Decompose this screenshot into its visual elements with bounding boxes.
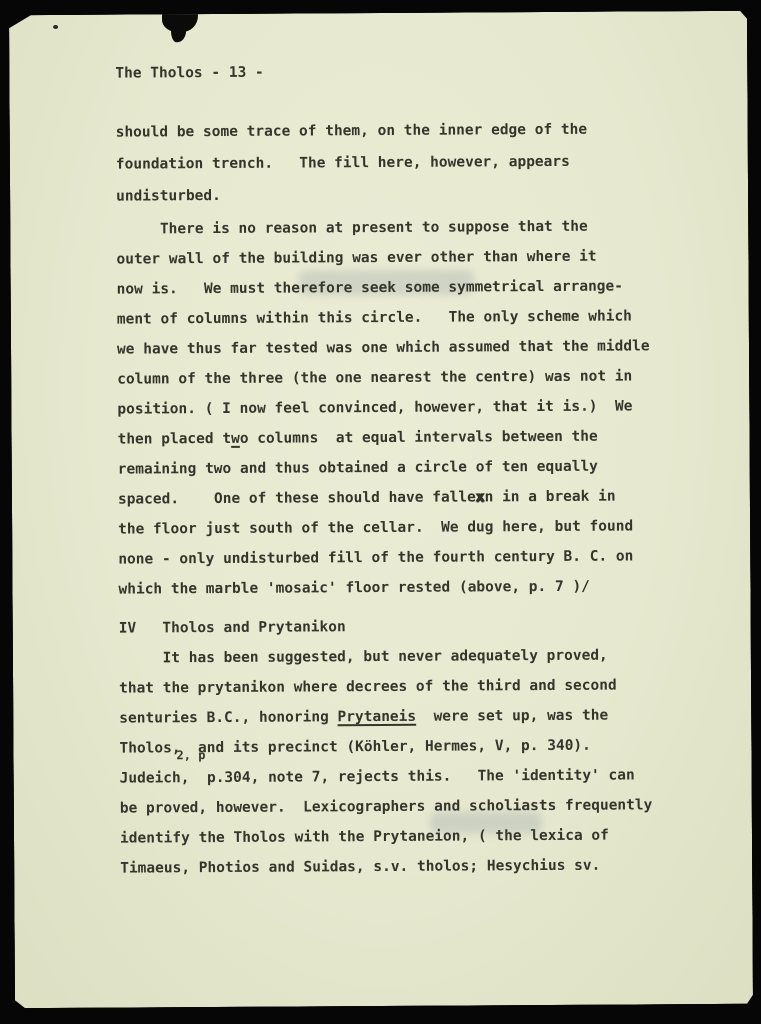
text-line: be proved, however. Lexicographers and s… bbox=[120, 790, 732, 824]
text-segment: were set up, was the bbox=[416, 708, 608, 725]
text-line: Tholos, and its precinct (Köhler, Hermes… bbox=[119, 730, 731, 764]
text-line: position. ( I now feel convinced, howeve… bbox=[117, 391, 729, 425]
text-line: none - only undisturbed fill of the four… bbox=[118, 541, 730, 575]
section-heading: IV Tholos and Prytanikon bbox=[119, 610, 731, 644]
text-line: Timaeus, Photios and Suidas, s.v. tholos… bbox=[120, 850, 732, 884]
text-segment: then placed t bbox=[118, 431, 232, 448]
photo-background: The Tholos - 13 - should be some trace o… bbox=[0, 0, 761, 1024]
typed-content: The Tholos - 13 - should be some trace o… bbox=[9, 11, 753, 1008]
text-segment: Judeich, p.304, note 7, rejects this. Th… bbox=[120, 767, 635, 786]
text-line: ment of columns within this circle. The … bbox=[117, 301, 729, 335]
text-line-fallen-overstrike: spaced. One of these should have fallexn… bbox=[118, 481, 730, 515]
text-line-judeich: 2, pJudeich, p.304, note 7, rejects this… bbox=[120, 760, 732, 794]
text-line: that the prytanikon where decrees of the… bbox=[119, 670, 731, 704]
text-segment: n in a break in bbox=[485, 489, 616, 506]
paragraph-1: should be some trace of them, on the inn… bbox=[116, 113, 729, 213]
text-line: we have thus far tested was one which as… bbox=[117, 331, 729, 365]
text-segment: o columns at equal intervals between the bbox=[240, 429, 598, 447]
text-line: There is no reason at present to suppose… bbox=[116, 211, 728, 245]
text-line: remaining two and thus obtained a circle… bbox=[118, 451, 730, 485]
text-line: undisturbed. bbox=[116, 177, 728, 213]
underlined-letter: w bbox=[231, 431, 240, 447]
overstruck-letter: x bbox=[476, 489, 485, 505]
text-line: It has been suggested, but never adequat… bbox=[119, 640, 731, 674]
text-line: outer wall of the building was ever othe… bbox=[116, 241, 728, 275]
section-heading-text: IV Tholos and Prytanikon bbox=[119, 610, 731, 644]
text-line: now is. We must therefore seek some symm… bbox=[117, 271, 729, 305]
text-line: identify the Tholos with the Prytaneion,… bbox=[120, 820, 732, 854]
typed-superscript-note: 2, p bbox=[176, 749, 205, 761]
text-line: foundation trench. The fill here, howeve… bbox=[116, 145, 728, 181]
text-line: the floor just south of the cellar. We d… bbox=[118, 511, 730, 545]
text-line-two-underlined: then placed two columns at equal interva… bbox=[117, 421, 729, 455]
text-line: should be some trace of them, on the inn… bbox=[116, 113, 728, 149]
header-text: The Tholos - 13 - bbox=[115, 55, 727, 89]
text-segment: senturies B.C., honoring bbox=[119, 709, 337, 726]
text-line: column of the three (the one nearest the… bbox=[117, 361, 729, 395]
text-line-prytaneis-underlined: senturies B.C., honoring Prytaneis were … bbox=[119, 700, 731, 734]
text-line: which the marble 'mosaic' floor rested (… bbox=[118, 571, 730, 605]
underlined-word: Prytaneis bbox=[337, 709, 416, 725]
page-header: The Tholos - 13 - bbox=[115, 55, 727, 89]
paragraph-3: It has been suggested, but never adequat… bbox=[119, 640, 732, 884]
paragraph-2: There is no reason at present to suppose… bbox=[116, 211, 730, 605]
text-segment: spaced. One of these should have falle bbox=[118, 489, 476, 507]
document-page: The Tholos - 13 - should be some trace o… bbox=[9, 11, 753, 1008]
